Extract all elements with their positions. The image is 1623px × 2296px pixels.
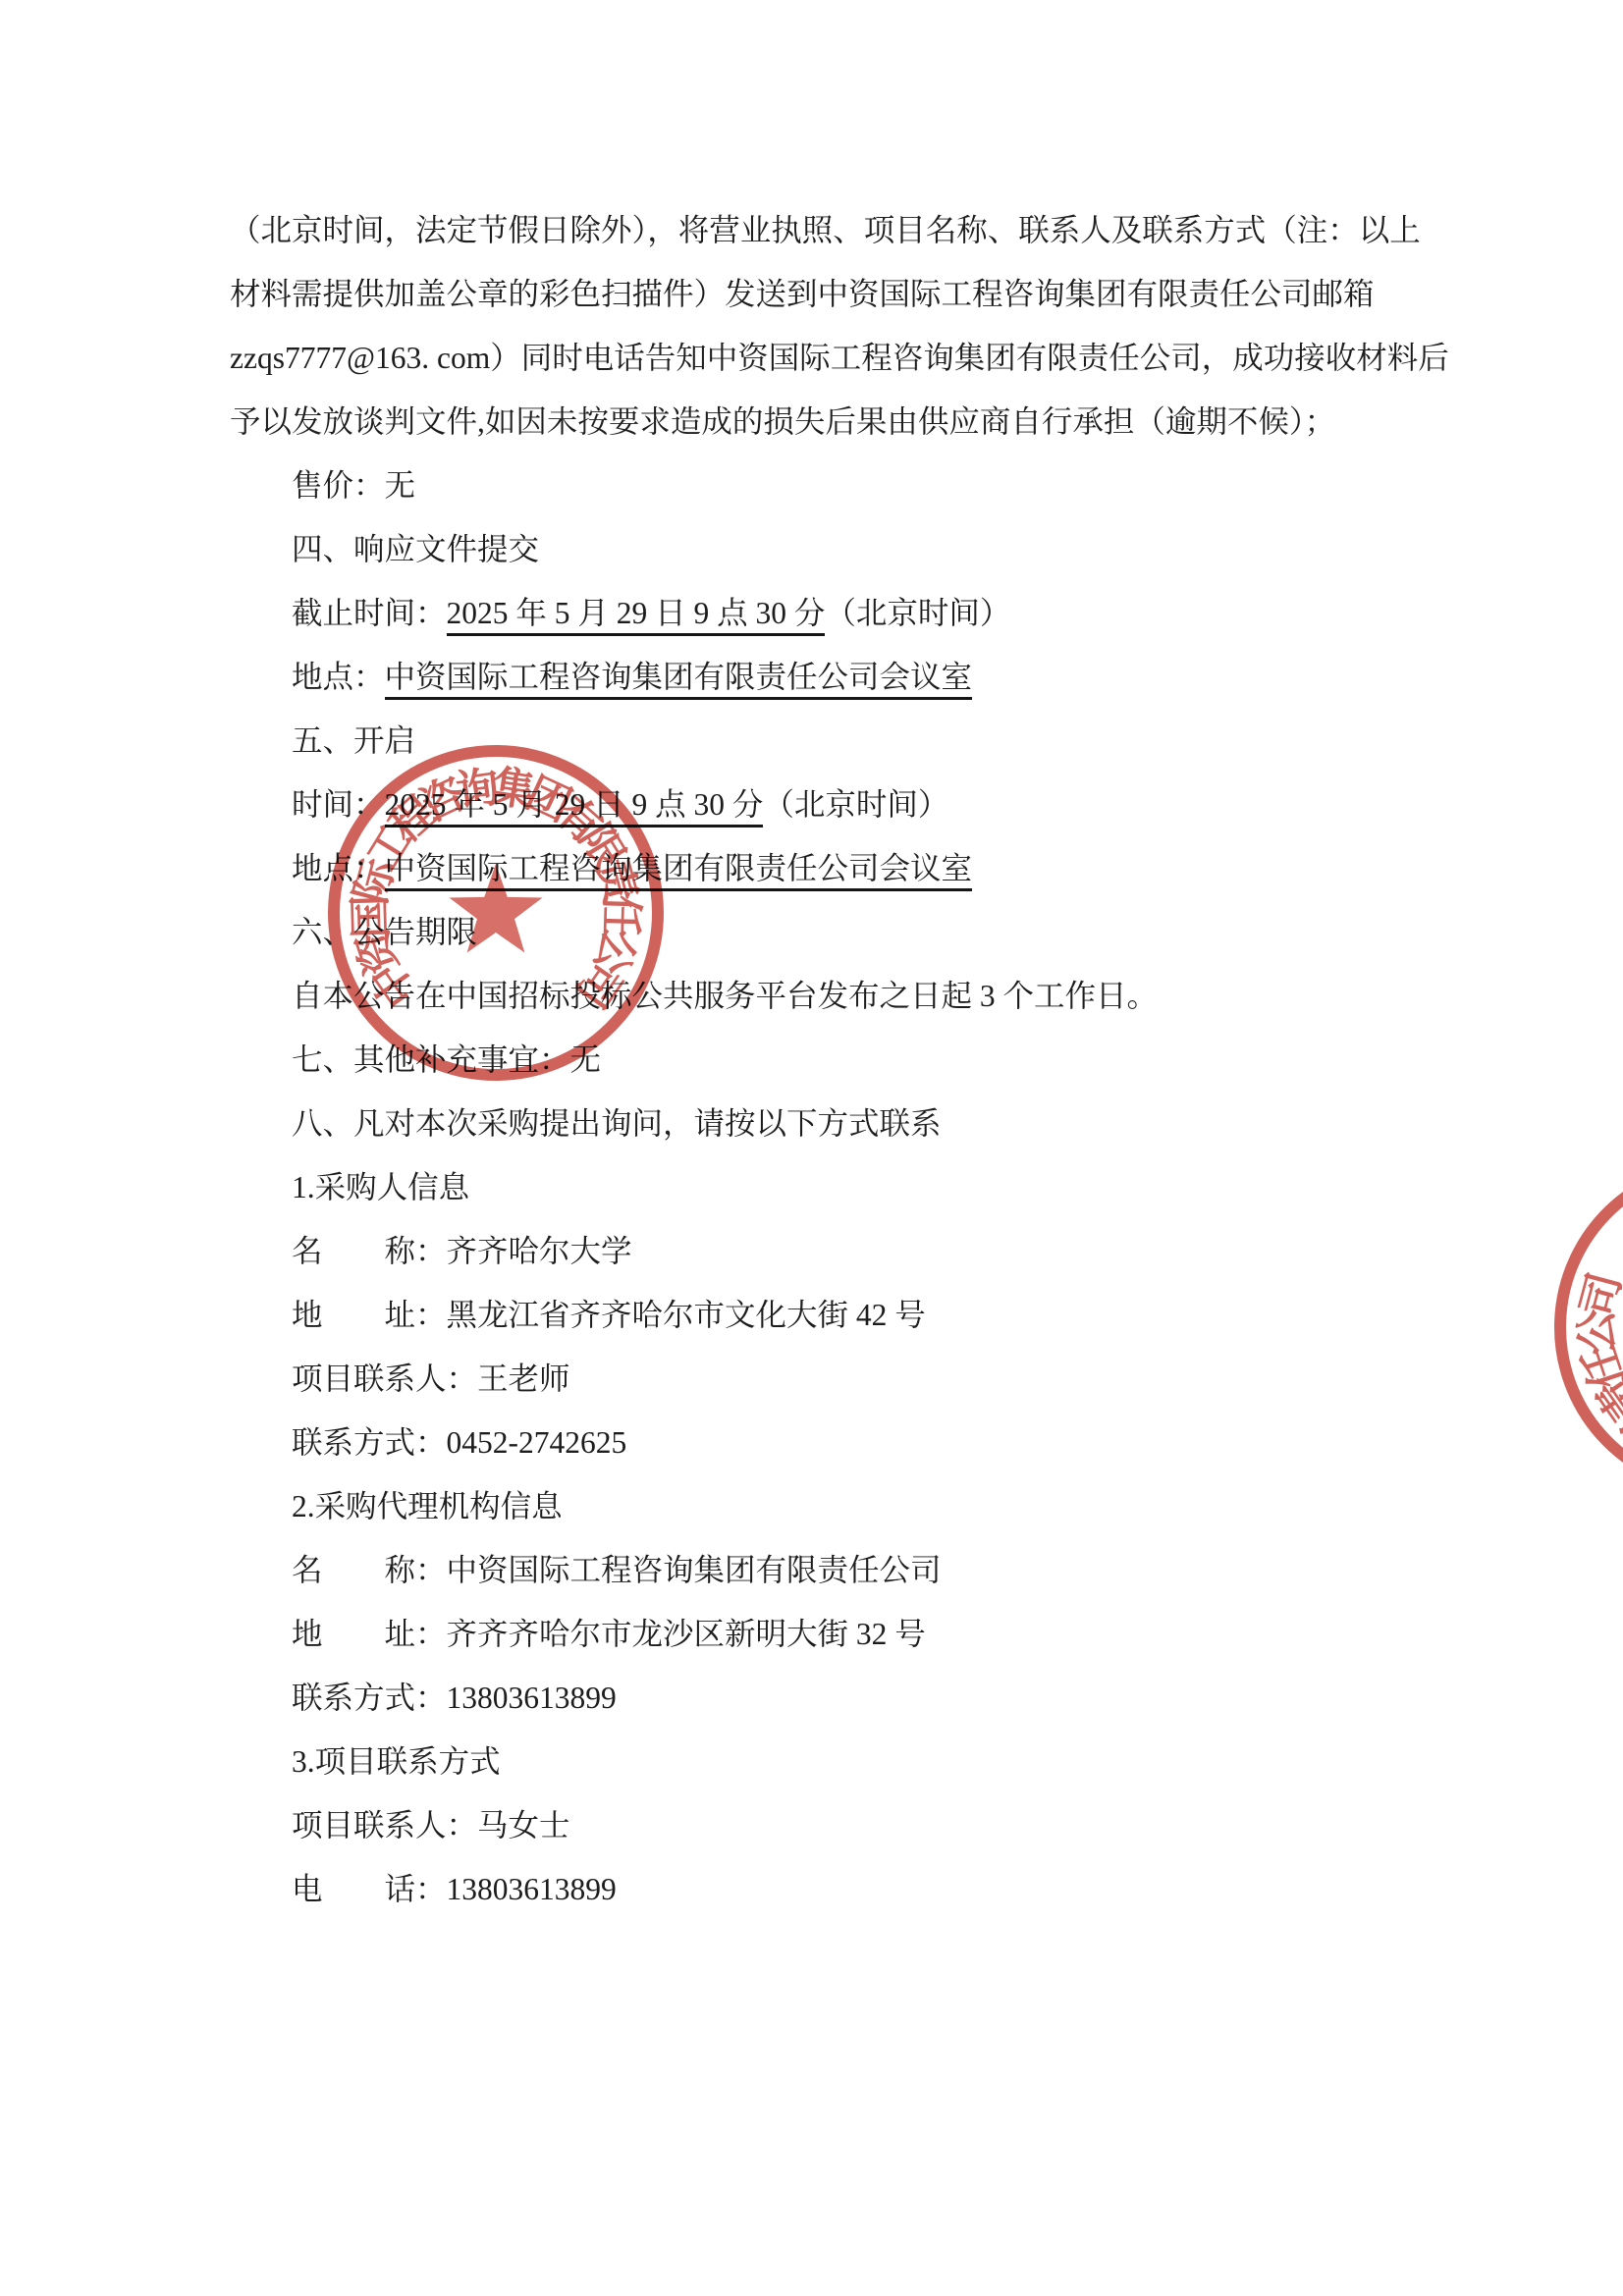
underlined-text: 中资国际工程咨询集团有限责任公司会议室 xyxy=(385,660,973,700)
doc-text-segment: （北京时间） xyxy=(763,787,948,822)
doc-line: 名 称：中资国际工程咨询集团有限责任公司 xyxy=(230,1538,1449,1602)
underlined-text: 2025 年 5 月 29 日 9 点 30 分 xyxy=(447,596,826,636)
doc-line: 四、响应文件提交 xyxy=(230,517,1449,581)
doc-line: 联系方式：0452-2742625 xyxy=(230,1411,1449,1474)
document-page: （北京时间，法定节假日除外），将营业执照、项目名称、联系人及联系方式（注：以上材… xyxy=(0,0,1623,2296)
doc-text-segment: 截止时间： xyxy=(292,596,447,630)
doc-line: 地点：中资国际工程咨询集团有限责任公司会议室 xyxy=(230,645,1449,709)
doc-line: （北京时间，法定节假日除外），将营业执照、项目名称、联系人及联系方式（注：以上 xyxy=(230,198,1449,262)
doc-text-segment: 地 址：黑龙江省齐齐哈尔市文化大街 42 号 xyxy=(292,1298,926,1332)
doc-text-segment: 八、凡对本次采购提出询问，请按以下方式联系 xyxy=(292,1106,942,1141)
doc-text-segment: 项目联系人：王老师 xyxy=(292,1362,570,1396)
doc-line: zzqs7777@163. com）同时电话告知中资国际工程咨询集团有限责任公司… xyxy=(230,326,1449,390)
partial-seal-stamp: 中资国际工程咨询集团有限责任公司 xyxy=(1550,1155,1623,1499)
doc-line: 截止时间：2025 年 5 月 29 日 9 点 30 分（北京时间） xyxy=(230,581,1449,645)
doc-text-segment: 地 址：齐齐齐哈尔市龙沙区新明大街 32 号 xyxy=(292,1617,926,1651)
doc-text-segment: 联系方式：0452-2742625 xyxy=(292,1425,626,1460)
doc-text-segment: 名 称：齐齐哈尔大学 xyxy=(292,1234,632,1268)
doc-text-segment: zzqs7777@163. com）同时电话告知中资国际工程咨询集团有限责任公司… xyxy=(230,341,1449,375)
doc-line: 售价：无 xyxy=(230,454,1449,517)
seal-graphic: 中资国际工程咨询集团有限责任公司 xyxy=(1550,1155,1623,1499)
doc-line: 地 址：黑龙江省齐齐哈尔市文化大街 42 号 xyxy=(230,1283,1449,1347)
doc-line: 2.采购代理机构信息 xyxy=(230,1474,1449,1538)
doc-text-segment: 项目联系人：马女士 xyxy=(292,1808,570,1842)
doc-text-segment: （北京时间，法定节假日除外），将营业执照、项目名称、联系人及联系方式（注：以上 xyxy=(230,213,1421,247)
doc-line: 电 话：13803613899 xyxy=(230,1857,1449,1921)
company-seal-stamp: 中资国际工程咨询集团有限责任公司 xyxy=(324,741,668,1085)
doc-text-segment: 予以发放谈判文件,如因未按要求造成的损失后果由供应商自行承担（逾期不候）； xyxy=(230,404,1335,439)
doc-text-segment: 名 称：中资国际工程咨询集团有限责任公司 xyxy=(292,1553,942,1587)
doc-text-segment: 材料需提供加盖公章的彩色扫描件）发送到中资国际工程咨询集团有限责任公司邮箱 xyxy=(230,277,1375,311)
star-icon xyxy=(449,864,542,952)
doc-line: 项目联系人：王老师 xyxy=(230,1347,1449,1411)
doc-text-segment: 售价：无 xyxy=(292,468,415,503)
doc-text-segment: 四、响应文件提交 xyxy=(292,532,539,566)
doc-text-segment: 联系方式：13803613899 xyxy=(292,1681,617,1715)
doc-text-segment: （北京时间） xyxy=(825,596,1010,630)
doc-line: 予以发放谈判文件,如因未按要求造成的损失后果由供应商自行承担（逾期不候）； xyxy=(230,390,1449,454)
doc-line: 3.项目联系方式 xyxy=(230,1730,1449,1793)
doc-line: 八、凡对本次采购提出询问，请按以下方式联系 xyxy=(230,1092,1449,1155)
doc-text-segment: 电 话：13803613899 xyxy=(292,1872,617,1906)
doc-line: 项目联系人：马女士 xyxy=(230,1793,1449,1857)
doc-text-segment: 地点： xyxy=(292,660,385,694)
doc-line: 联系方式：13803613899 xyxy=(230,1666,1449,1730)
doc-text-segment: 1.采购人信息 xyxy=(292,1170,469,1204)
doc-line: 材料需提供加盖公章的彩色扫描件）发送到中资国际工程咨询集团有限责任公司邮箱 xyxy=(230,262,1449,326)
doc-line: 地 址：齐齐齐哈尔市龙沙区新明大街 32 号 xyxy=(230,1602,1449,1666)
doc-line: 名 称：齐齐哈尔大学 xyxy=(230,1219,1449,1283)
doc-text-segment: 2.采购代理机构信息 xyxy=(292,1489,563,1523)
doc-line: 1.采购人信息 xyxy=(230,1155,1449,1219)
seal-graphic: 中资国际工程咨询集团有限责任公司 xyxy=(334,751,658,1075)
doc-text-segment: 3.项目联系方式 xyxy=(292,1744,501,1779)
